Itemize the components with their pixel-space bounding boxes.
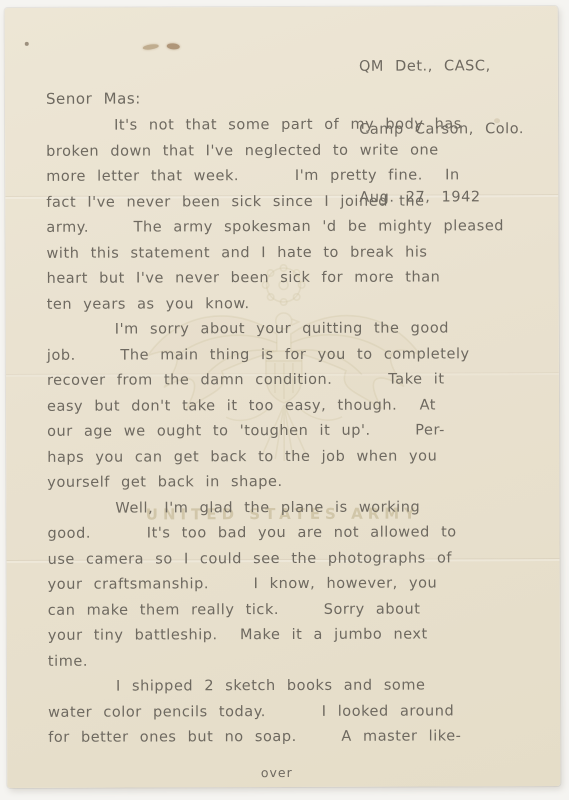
handwritten-line: your tiny battleship. Make it a jumbo ne… — [48, 622, 538, 649]
handwritten-line: can make them really tick. Sorry about — [48, 597, 538, 624]
handwritten-line: I'm sorry about your quitting the good — [47, 316, 537, 343]
salutation: Senor Mas: — [46, 89, 141, 107]
handwritten-line: for better ones but no soap. A master li… — [48, 724, 538, 751]
handwritten-line: easy but don't take it too easy, though.… — [47, 393, 537, 420]
scan-background: UNITED STATES ARMY QM Det., CASC, Camp C… — [0, 0, 569, 800]
handwritten-line: water color pencils today. I looked arou… — [48, 699, 538, 726]
handwritten-line: your craftsmanship. I know, however, you — [48, 571, 538, 598]
handwritten-line: I shipped 2 sketch books and some — [48, 673, 538, 700]
handwritten-line: use camera so I could see the photograph… — [48, 546, 538, 573]
handwritten-line: more letter that week. I'm pretty fine. … — [46, 163, 536, 190]
handwritten-line: army. The army spokesman 'd be mighty pl… — [46, 214, 536, 241]
handwritten-line: recover from the damn condition. Take it — [47, 367, 537, 394]
handwritten-line: haps you can get back to the job when yo… — [47, 444, 537, 471]
handwritten-line: Well, I'm glad the plane is working — [47, 495, 537, 522]
stain-mark — [143, 43, 160, 50]
letter-page: UNITED STATES ARMY QM Det., CASC, Camp C… — [5, 6, 561, 788]
handwritten-line: our age we ought to 'toughen it up'. Per… — [47, 418, 537, 445]
heading-unit: QM Det., CASC, — [359, 56, 524, 78]
handwritten-line: yourself get back in shape. — [47, 469, 537, 496]
handwritten-line: job. The main thing is for you to comple… — [47, 342, 537, 369]
letter-body: It's not that some part of my body hasbr… — [46, 112, 538, 751]
speck-mark — [25, 42, 29, 46]
handwritten-line: time. — [48, 648, 538, 675]
handwritten-line: fact I've never been sick since I joined… — [46, 189, 536, 216]
handwritten-line: with this statement and I hate to break … — [46, 240, 536, 267]
over-note: over — [7, 764, 546, 781]
handwritten-line: broken down that I've neglected to write… — [46, 138, 536, 165]
handwritten-line: It's not that some part of my body has — [46, 112, 536, 139]
handwritten-line: good. It's too bad you are not allowed t… — [47, 520, 537, 547]
stain-mark — [167, 43, 180, 50]
handwritten-line: ten years as you know. — [47, 291, 537, 318]
handwritten-line: heart but I've never been sick for more … — [47, 265, 537, 292]
